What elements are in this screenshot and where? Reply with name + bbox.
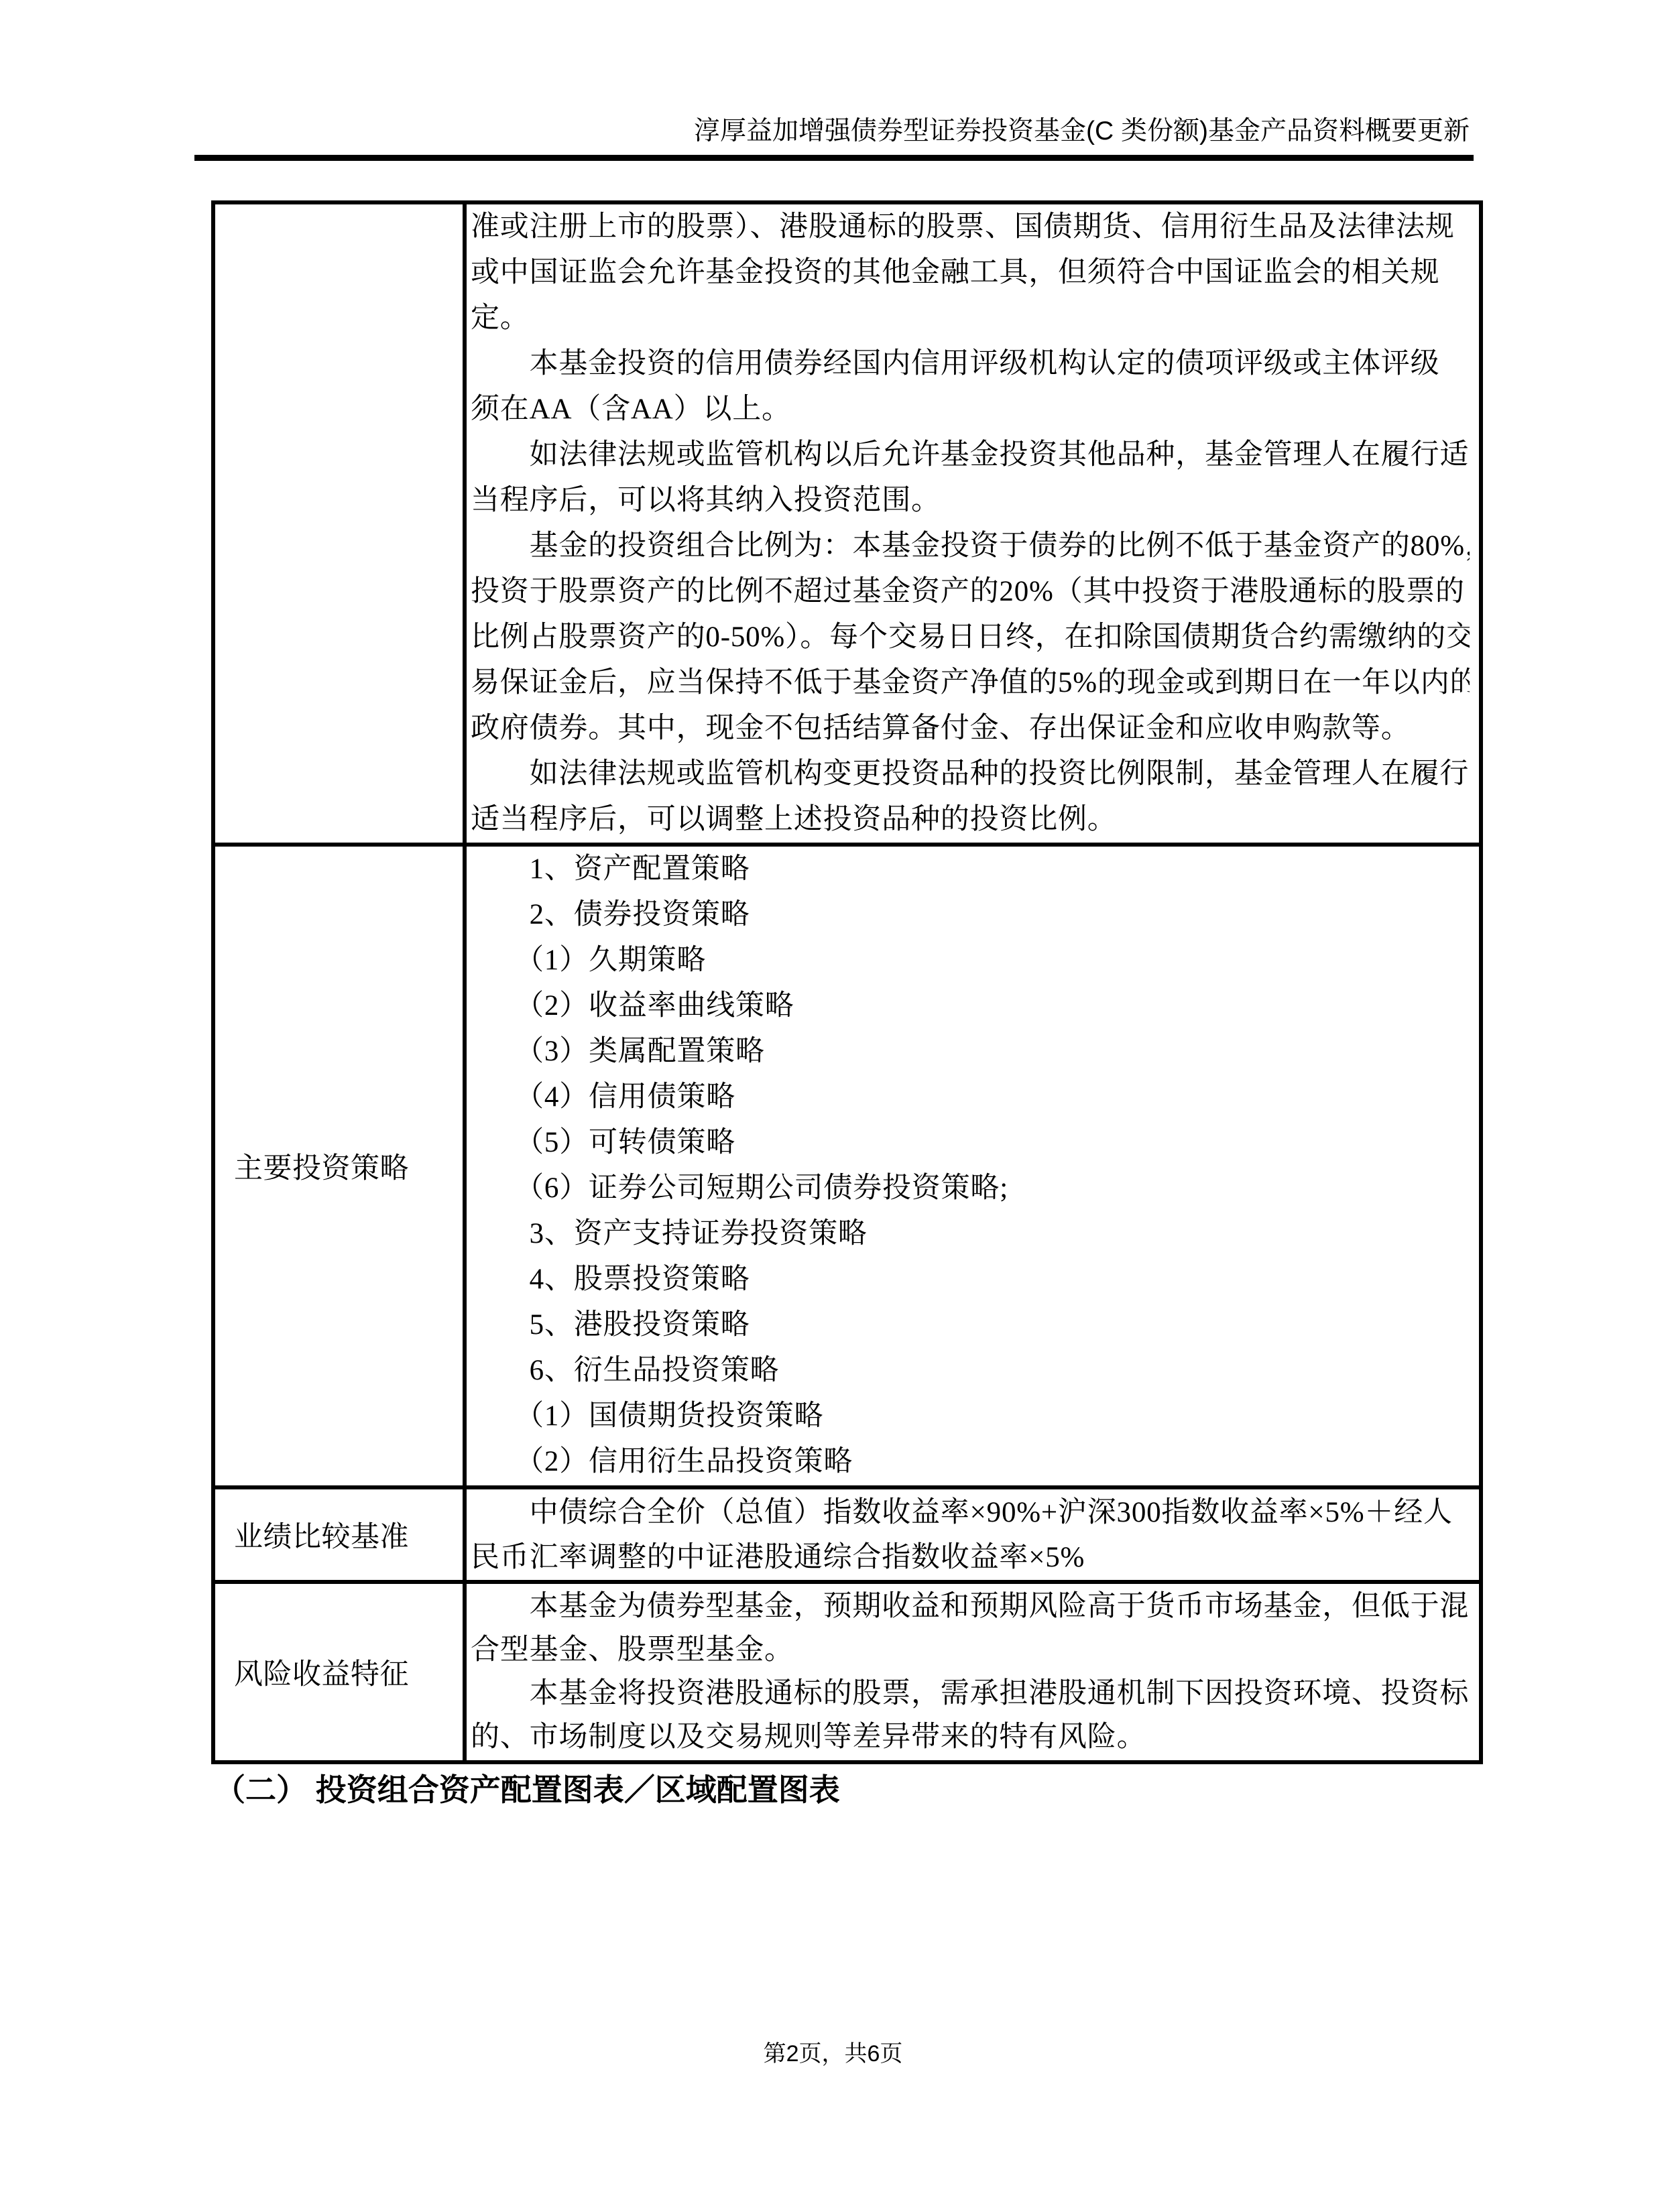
table-row-risk-return-label: 风险收益特征 (215, 1580, 463, 1760)
text-line: 2、债券投资策略 (471, 892, 1470, 938)
text-line: 3、资产支持证券投资策略 (471, 1211, 1470, 1257)
text-line: 本基金将投资港股通标的股票，需承担港股通机制下因投资环境、投资标 (471, 1672, 1470, 1715)
table-row-benchmark-label: 业绩比较基准 (215, 1485, 463, 1580)
text-line: 本基金为债券型基金，预期收益和预期风险高于货币市场基金，但低于混 (471, 1585, 1470, 1628)
text-line: 须在AA（含AA）以上。 (471, 387, 1470, 432)
text-line: 的、市场制度以及交易规则等差异带来的特有风险。 (471, 1715, 1470, 1759)
text-line: 如法律法规或监管机构变更投资品种的投资比例限制，基金管理人在履行 (471, 751, 1470, 797)
text-line: （5）可转债策略 (471, 1120, 1470, 1166)
text-line: 或中国证监会允许基金投资的其他金融工具，但须符合中国证监会的相关规 (471, 250, 1470, 296)
table-row-risk-return-content: 本基金为债券型基金，预期收益和预期风险高于货币市场基金，但低于混 合型基金、股票… (463, 1580, 1479, 1760)
table-row-investment-scope-label (215, 204, 463, 843)
text-line: 4、股票投资策略 (471, 1257, 1470, 1302)
text-line: 政府债券。其中，现金不包括结算备付金、存出保证金和应收申购款等。 (471, 706, 1470, 751)
text-line: （3）类属配置策略 (471, 1029, 1470, 1074)
text-line: 5、港股投资策略 (471, 1302, 1470, 1348)
text-line: 基金的投资组合比例为：本基金投资于债券的比例不低于基金资产的80%， (471, 524, 1470, 569)
text-line: 易保证金后，应当保持不低于基金资产净值的5%的现金或到期日在一年以内的 (471, 660, 1470, 706)
text-line: 适当程序后，可以调整上述投资品种的投资比例。 (471, 797, 1470, 843)
header-rule-divider (194, 155, 1474, 161)
text-line: 如法律法规或监管机构以后允许基金投资其他品种，基金管理人在履行适 (471, 432, 1470, 478)
page-number-footer: 第2页，共6页 (0, 2039, 1666, 2069)
text-line: （2）信用衍生品投资策略 (471, 1439, 1470, 1485)
text-line: 本基金投资的信用债券经国内信用评级机构认定的债项评级或主体评级 (471, 341, 1470, 387)
text-line: 1、资产配置策略 (471, 847, 1470, 892)
text-line: 当程序后，可以将其纳入投资范围。 (471, 478, 1470, 524)
text-line: （1）国债期货投资策略 (471, 1394, 1470, 1439)
text-line: （2）收益率曲线策略 (471, 983, 1470, 1029)
table-row-main-strategies-label: 主要投资策略 (215, 843, 463, 1485)
text-line: 准或注册上市的股票）、港股通标的股票、国债期货、信用衍生品及法律法规 (471, 204, 1470, 250)
page-header-title: 淳厚益加增强债券型证券投资基金(C 类份额)基金产品资料概要更新 (694, 115, 1470, 147)
text-line: 定。 (471, 296, 1470, 341)
text-line: （6）证券公司短期公司债券投资策略; (471, 1166, 1470, 1211)
text-line: 比例占股票资产的0-50%）。每个交易日日终，在扣除国债期货合约需缴纳的交 (471, 615, 1470, 660)
table-row-main-strategies-content: 1、资产配置策略 2、债券投资策略 （1）久期策略 （2）收益率曲线策略 （3）… (463, 843, 1479, 1485)
text-line: 6、衍生品投资策略 (471, 1348, 1470, 1394)
text-line: 合型基金、股票型基金。 (471, 1628, 1470, 1672)
table-row-benchmark-content: 中债综合全价（总值）指数收益率×90%+沪深300指数收益率×5%＋经人 民币汇… (463, 1485, 1479, 1580)
fund-info-table: 准或注册上市的股票）、港股通标的股票、国债期货、信用衍生品及法律法规 或中国证监… (211, 200, 1483, 1764)
text-line: （4）信用债策略 (471, 1074, 1470, 1120)
text-line: （1）久期策略 (471, 938, 1470, 983)
section-heading-portfolio-allocation-charts: （二） 投资组合资产配置图表／区域配置图表 (215, 1771, 840, 1808)
fund-info-table-body: 准或注册上市的股票）、港股通标的股票、国债期货、信用衍生品及法律法规 或中国证监… (215, 204, 1479, 1760)
text-line: 中债综合全价（总值）指数收益率×90%+沪深300指数收益率×5%＋经人 (471, 1490, 1470, 1535)
text-line: 投资于股票资产的比例不超过基金资产的20%（其中投资于港股通标的股票的 (471, 569, 1470, 615)
table-row-investment-scope-content: 准或注册上市的股票）、港股通标的股票、国债期货、信用衍生品及法律法规 或中国证监… (463, 204, 1479, 843)
text-line: 民币汇率调整的中证港股通综合指数收益率×5% (471, 1535, 1470, 1580)
